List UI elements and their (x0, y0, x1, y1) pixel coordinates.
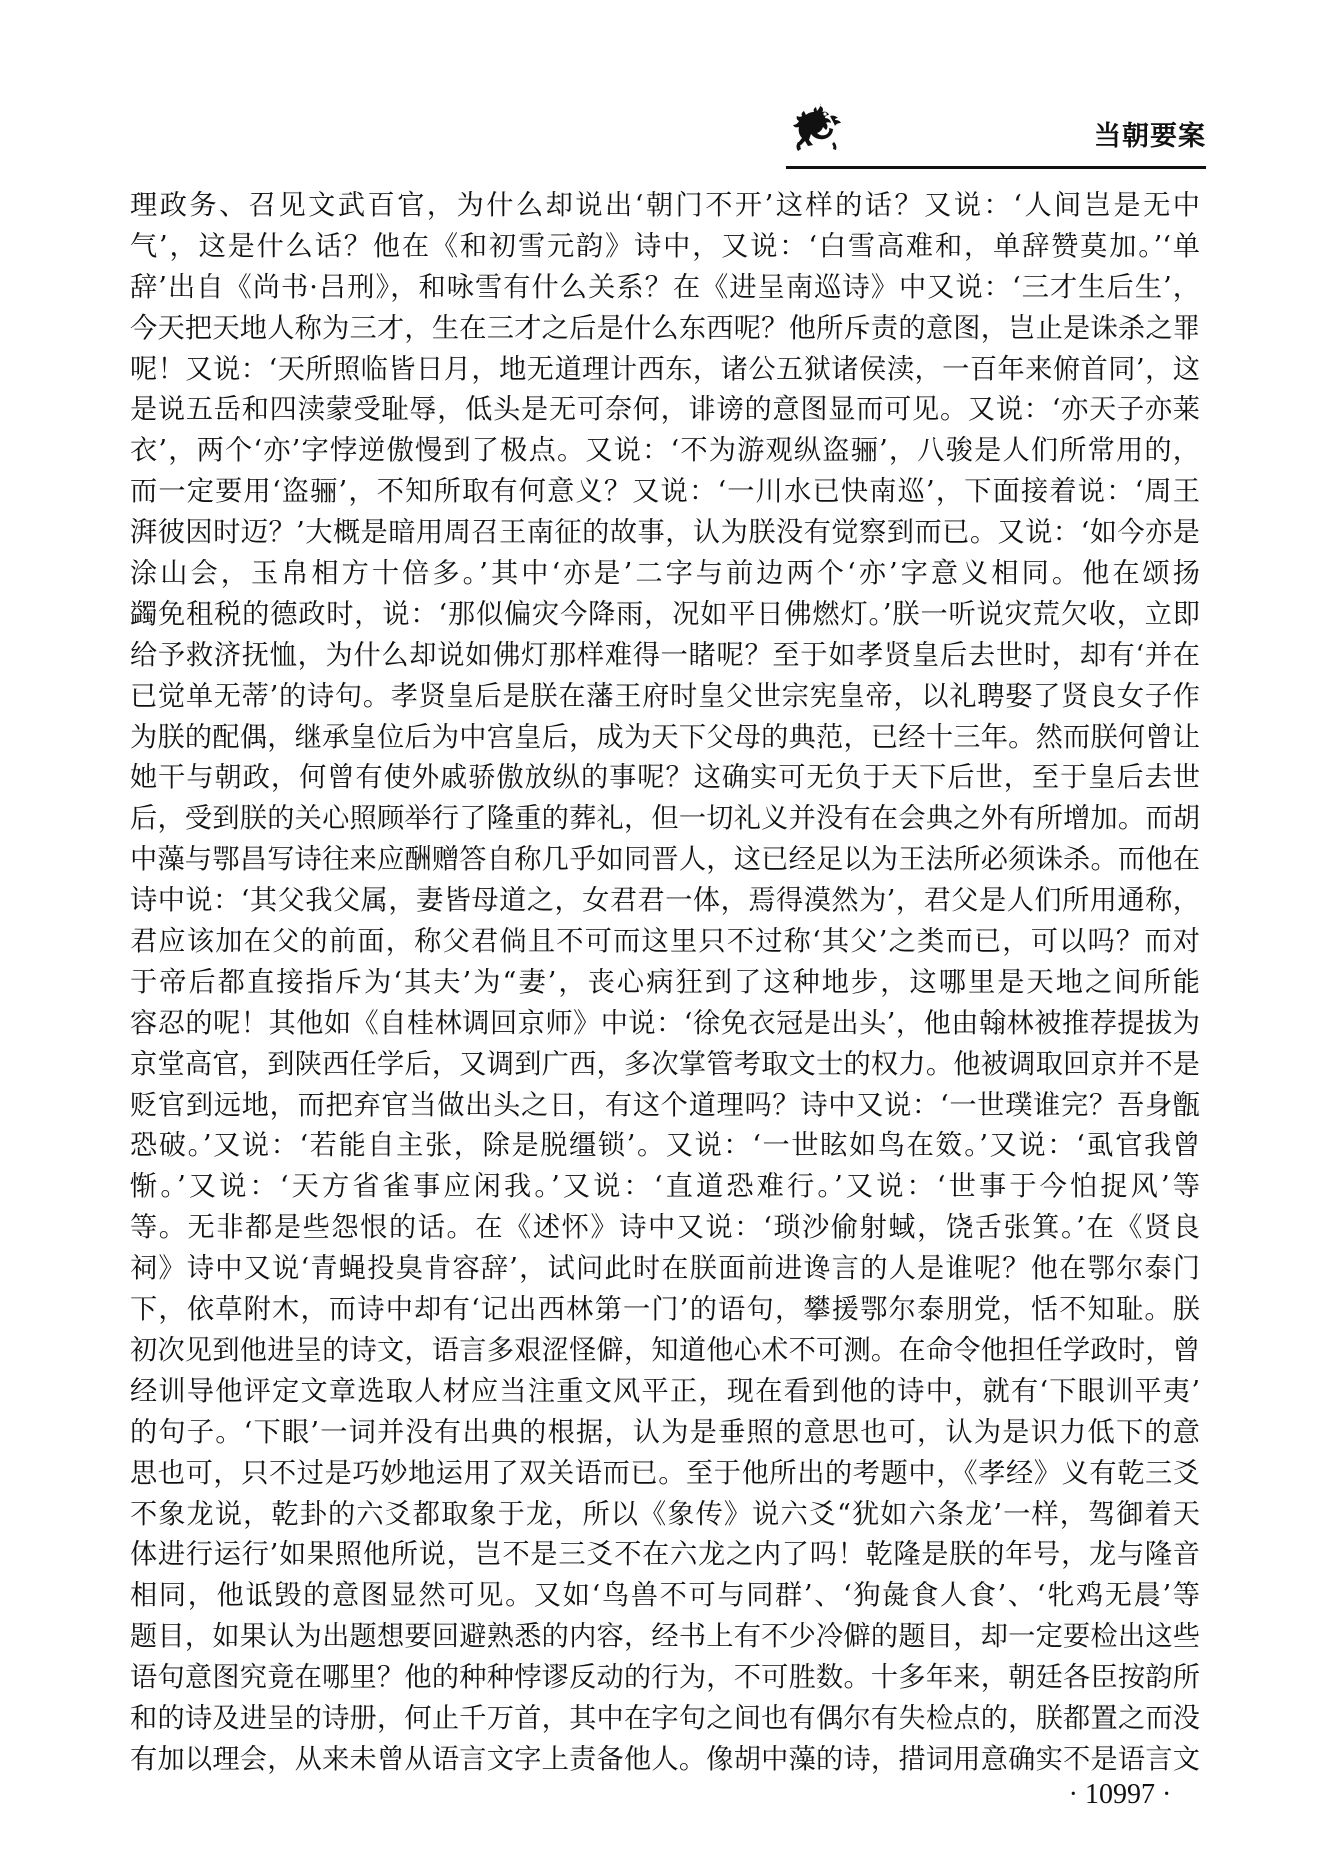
text-line: 理政务、召见文武百官，为什么却说出‘朝门不开’这样的话？又说：‘人间岂是无中 (130, 186, 1200, 227)
text-line: 今天把天地人称为三才，生在三才之后是什么东西呢？他所斥责的意图，岂止是诛杀之罪 (130, 309, 1200, 350)
text-line: 贬官到远地，而把弃官当做出头之日，有这个道理吗？诗中又说：‘一世璞谁完？吾身甑 (130, 1086, 1200, 1127)
text-line: 涂山会，玉帛相方十倍多。’其中‘亦是’二字与前边两个‘亦’字意义相同。他在颂扬 (130, 554, 1200, 595)
text-line: 为朕的配偶，继承皇位后为中宫皇后，成为天下父母的典范，已经十三年。然而朕何曾让 (130, 718, 1200, 759)
text-line: 已觉单无蒂’的诗句。孝贤皇后是朕在藩王府时皇父世宗宪皇帝，以礼聘娶了贤良女子作 (130, 677, 1200, 718)
dragon-emblem-icon (790, 102, 846, 164)
text-line: 经训导他评定文章选取人材应当注重文风平正，现在看到他的诗中，就有‘下眼训平夷’ (130, 1372, 1200, 1413)
page-number: · 10997 · (1030, 1778, 1210, 1812)
text-line: 恐破。’又说：‘若能自主张，除是脱缰锁’。又说：‘一世眩如鸟在笯。’又说：‘虱官… (130, 1126, 1200, 1167)
text-line: 是说五岳和四渎蒙受耻辱，低头是无可奈何，诽谤的意图显而可见。又说：‘亦天子亦莱 (130, 390, 1200, 431)
text-line: 而一定要用‘盗骊’，不知所取有何意义？又说：‘一川水已快南巡’，下面接着说：‘周… (130, 472, 1200, 513)
body-text: 理政务、召见文武百官，为什么却说出‘朝门不开’这样的话？又说：‘人间岂是无中 气… (130, 186, 1200, 1781)
text-line: 于帝后都直接指斥为‘其夫’为“妻’，丧心病狂到了这种地步，这哪里是天地之间所能 (130, 963, 1200, 1004)
text-line: 初次见到他进呈的诗文，语言多艰涩怪僻，知道他心术不可测。在命令他担任学政时，曾 (130, 1331, 1200, 1372)
page-header: 当朝要案 (786, 96, 1206, 170)
text-line: 气’，这是什么话？他在《和初雪元韵》诗中，又说：‘白雪高难和，单辞赞莫加。’‘单 (130, 227, 1200, 268)
text-line: 她干与朝政，何曾有使外戚骄傲放纵的事呢？这确实可无负于天下后世，至于皇后去世 (130, 758, 1200, 799)
text-line: 体进行运行’如果照他所说，岂不是三爻不在六龙之内了吗！乾隆是朕的年号，龙与隆音 (130, 1535, 1200, 1576)
text-line: 中藻与鄂昌写诗往来应酬赠答自称几乎如同晋人，这已经足以为王法所必须诛杀。而他在 (130, 840, 1200, 881)
text-line: 给予救济抚恤，为什么却说如佛灯那样难得一睹呢？至于如孝贤皇后去世时，却有‘并在 (130, 636, 1200, 677)
text-line: 题目，如果认为出题想要回避熟悉的内容，经书上有不少冷僻的题目，却一定要检出这些 (130, 1617, 1200, 1658)
text-line: 祠》诗中又说‘青蝇投臭肯容辞’，试问此时在朕面前进谗言的人是谁呢？他在鄂尔泰门 (130, 1249, 1200, 1290)
text-line: 容忍的呢！其他如《自桂林调回京师》中说：‘徐免衣冠是出头’，他由翰林被推荐提拔为 (130, 1004, 1200, 1045)
text-line: 语句意图究竟在哪里？他的种种悖谬反动的行为，不可胜数。十多年来，朝廷各臣按韵所 (130, 1658, 1200, 1699)
text-line: 下，依草附木，而诗中却有‘记出西林第一门’的语句，攀援鄂尔泰朋党，恬不知耻。朕 (130, 1290, 1200, 1331)
text-line: 蠲免租税的德政时，说：‘那似偏灾今降雨，况如平日佛燃灯。’朕一听说灾荒欠收，立即 (130, 595, 1200, 636)
text-line: 不象龙说，乾卦的六爻都取象于龙，所以《象传》说六爻“犹如六条龙’一样，驾御着天 (130, 1495, 1200, 1536)
text-line: 君应该加在父的前面，称父君倘且不可而这里只不过称‘其父’之类而已，可以吗？而对 (130, 922, 1200, 963)
text-line: 思也可，只不过是巧妙地运用了双关语而已。至于他所出的考题中，《孝经》义有乾三爻 (130, 1454, 1200, 1495)
text-line: 和的诗及进呈的诗册，何止千万首，其中在字句之间也有偶尔有失检点的，朕都置之而没 (130, 1699, 1200, 1740)
text-line: 呢！又说：‘天所照临皆日月，地无道理计西东，诸公五狱诸侯渎，一百年来俯首同’，这 (130, 350, 1200, 391)
text-line: 等。无非都是些怨恨的话。在《述怀》诗中又说：‘琐沙偷射蜮，饶舌张箕。’在《贤良 (130, 1208, 1200, 1249)
text-line: 的句子。‘下眼’一词并没有出典的根据，认为是垂照的意思也可，认为是识力低下的意 (130, 1413, 1200, 1454)
text-line: 衣’，两个‘亦’字悖逆傲慢到了极点。又说：‘不为游观纵盗骊’，八骏是人们所常用的… (130, 431, 1200, 472)
text-line: 相同，他诋毁的意图显然可见。又如‘鸟兽不可与同群’、‘狗彘食人食’、‘牝鸡无晨’… (130, 1576, 1200, 1617)
running-header-title: 当朝要案 (1094, 122, 1206, 152)
text-line: 有加以理会，从来未曾从语言文字上责备他人。像胡中藻的诗，措词用意确实不是语言文 (130, 1740, 1200, 1781)
header-rule (786, 166, 1206, 169)
text-line: 诗中说：‘其父我父属，妻皆母道之，女君君一体，焉得漠然为’，君父是人们所用通称， (130, 881, 1200, 922)
text-line: 湃彼因时迈？’大概是暗用周召王南征的故事，认为朕没有觉察到而已。又说：‘如今亦是 (130, 513, 1200, 554)
text-line: 惭。’又说：‘天方省雀事应闲我。’又说：‘直道恐难行。’又说：‘世事于今怕捉风’… (130, 1167, 1200, 1208)
text-line: 后，受到朕的关心照顾举行了隆重的葬礼，但一切礼义并没有在会典之外有所增加。而胡 (130, 799, 1200, 840)
text-line: 京堂高官，到陕西任学后，又调到广西，多次掌管考取文士的权力。他被调取回京并不是 (130, 1045, 1200, 1086)
text-line: 辞’出自《尚书·吕刑》，和咏雪有什么关系？在《进呈南巡诗》中又说：‘三才生后生’… (130, 268, 1200, 309)
